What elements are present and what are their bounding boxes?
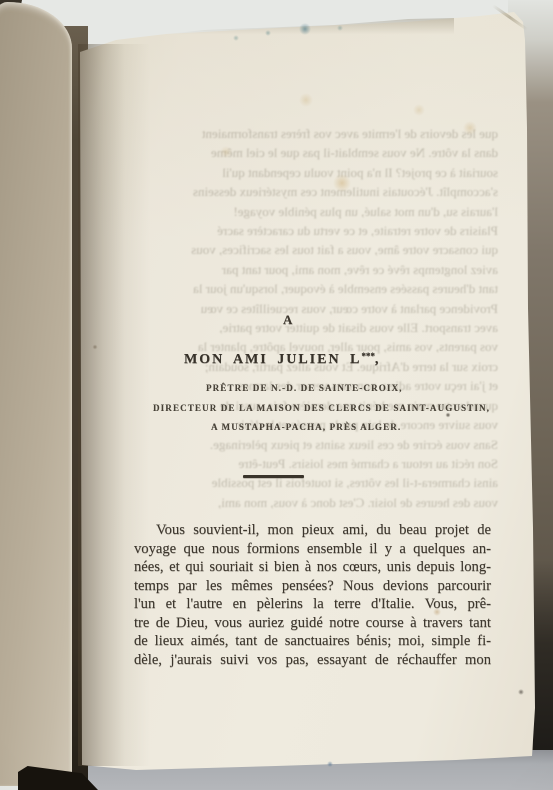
section-label: A — [283, 312, 293, 328]
dedication-title-comma: , — [375, 352, 381, 367]
body-paragraph: Vous souvient-il, mon pieux ami, du beau… — [134, 521, 491, 669]
body-text-line: de lieux aimés, tant de sanctuaires béni… — [134, 632, 491, 651]
dedication-title: MON AMI JULIEN L***, — [184, 351, 380, 368]
dedication-line: DIRECTEUR DE LA MAISON DES CLERCS DE SAI… — [153, 403, 490, 413]
body-text-line: l'un et l'autre en pèlerins la terre d'I… — [134, 595, 491, 614]
body-text-line: temps par les mêmes pensées? Nous devion… — [134, 577, 491, 596]
page-content: A MON AMI JULIEN L***, PRÊTRE DE N.-D. D… — [0, 0, 553, 790]
dedication-line: PRÊTRE DE N.-D. DE SAINTE-CROIX, — [206, 383, 403, 393]
dedication-line: A MUSTAPHA-PACHA, PRÈS ALGER. — [211, 422, 401, 432]
dedication-title-asterisks: *** — [361, 351, 375, 361]
dedication-title-main: MON AMI JULIEN L — [184, 352, 361, 367]
body-text-line: voyage que nous formions ensemble il y a… — [134, 540, 491, 559]
body-text-line: nées, et qui souriait si bien à nos cœur… — [134, 558, 491, 577]
body-text-line: tre de Dieu, vous auriez guidé notre cou… — [134, 614, 491, 633]
body-text-line: dèle, j'aurais suivi vos pas, essayant d… — [134, 651, 491, 670]
section-divider — [243, 475, 304, 478]
book-photo: que les devoirs de l'ermite avec vos frè… — [0, 0, 553, 790]
body-text-line: Vous souvient-il, mon pieux ami, du beau… — [156, 521, 491, 540]
